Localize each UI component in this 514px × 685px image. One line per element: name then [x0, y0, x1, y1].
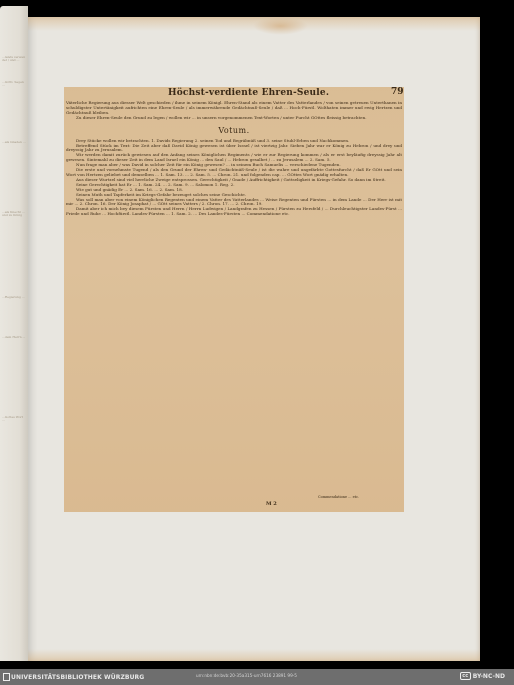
previous-page-fragment: ...lands verwendet / und ...	[2, 56, 26, 63]
previous-page-edge: ...lands verwendet / und ... ...Göttl. S…	[0, 6, 28, 661]
previous-page-fragment: ...als Knecht ... und zu König	[2, 211, 26, 218]
previous-page-fragment: ...als Gnaden ...	[2, 141, 26, 144]
previous-page-fragment: ...Göttl. Segen ...	[2, 81, 26, 88]
catchword: Commendatione ... etc.	[318, 495, 359, 499]
cc-icon: cc	[460, 672, 471, 680]
paragraph: Damit aber ich mich bey diesem Fürsten u…	[66, 207, 402, 217]
document-viewer: ...lands verwendet / und ... ...Göttl. S…	[0, 0, 514, 685]
license-badge[interactable]: cc BY-NC-ND	[460, 672, 505, 680]
paper-stain	[253, 17, 308, 35]
urn-identifier[interactable]: urn:nbn:de:bvb:20-35a315-urn7616 23891 9…	[196, 673, 297, 678]
library-logo-icon	[3, 673, 10, 681]
body-text: Väterliche Regierung aus diesser Welt ge…	[66, 101, 402, 217]
institution-logo[interactable]: UNIVERSITÄTSBIBLIOTHEK WÜRZBURG	[3, 672, 144, 682]
institution-name: UNIVERSITÄTSBIBLIOTHEK WÜRZBURG	[11, 674, 144, 681]
footer-bar: UNIVERSITÄTSBIBLIOTHEK WÜRZBURG urn:nbn:…	[0, 669, 514, 685]
running-head: Höchst-verdiente Ehren-Seule.	[168, 88, 329, 98]
paragraph: Väterliche Regierung aus diesser Welt ge…	[66, 101, 402, 116]
license-label: BY-NC-ND	[473, 673, 505, 680]
paper-stain	[28, 649, 480, 661]
book-page: Höchst-verdiente Ehren-Seule. 79 Väterli…	[28, 17, 480, 661]
previous-page-fragment: ...Gottes Wort ...	[2, 416, 26, 423]
paragraph: Zu dieser Ehren-Seule den Grund zu legen…	[66, 116, 402, 121]
previous-page-fragment: ...dem Herrn ...	[2, 336, 26, 339]
signature-mark: M 2	[266, 501, 277, 507]
section-heading: Votum.	[66, 125, 402, 136]
page-number: 79	[391, 87, 404, 97]
previous-page-fragment: ...Regierung ...	[2, 296, 26, 299]
